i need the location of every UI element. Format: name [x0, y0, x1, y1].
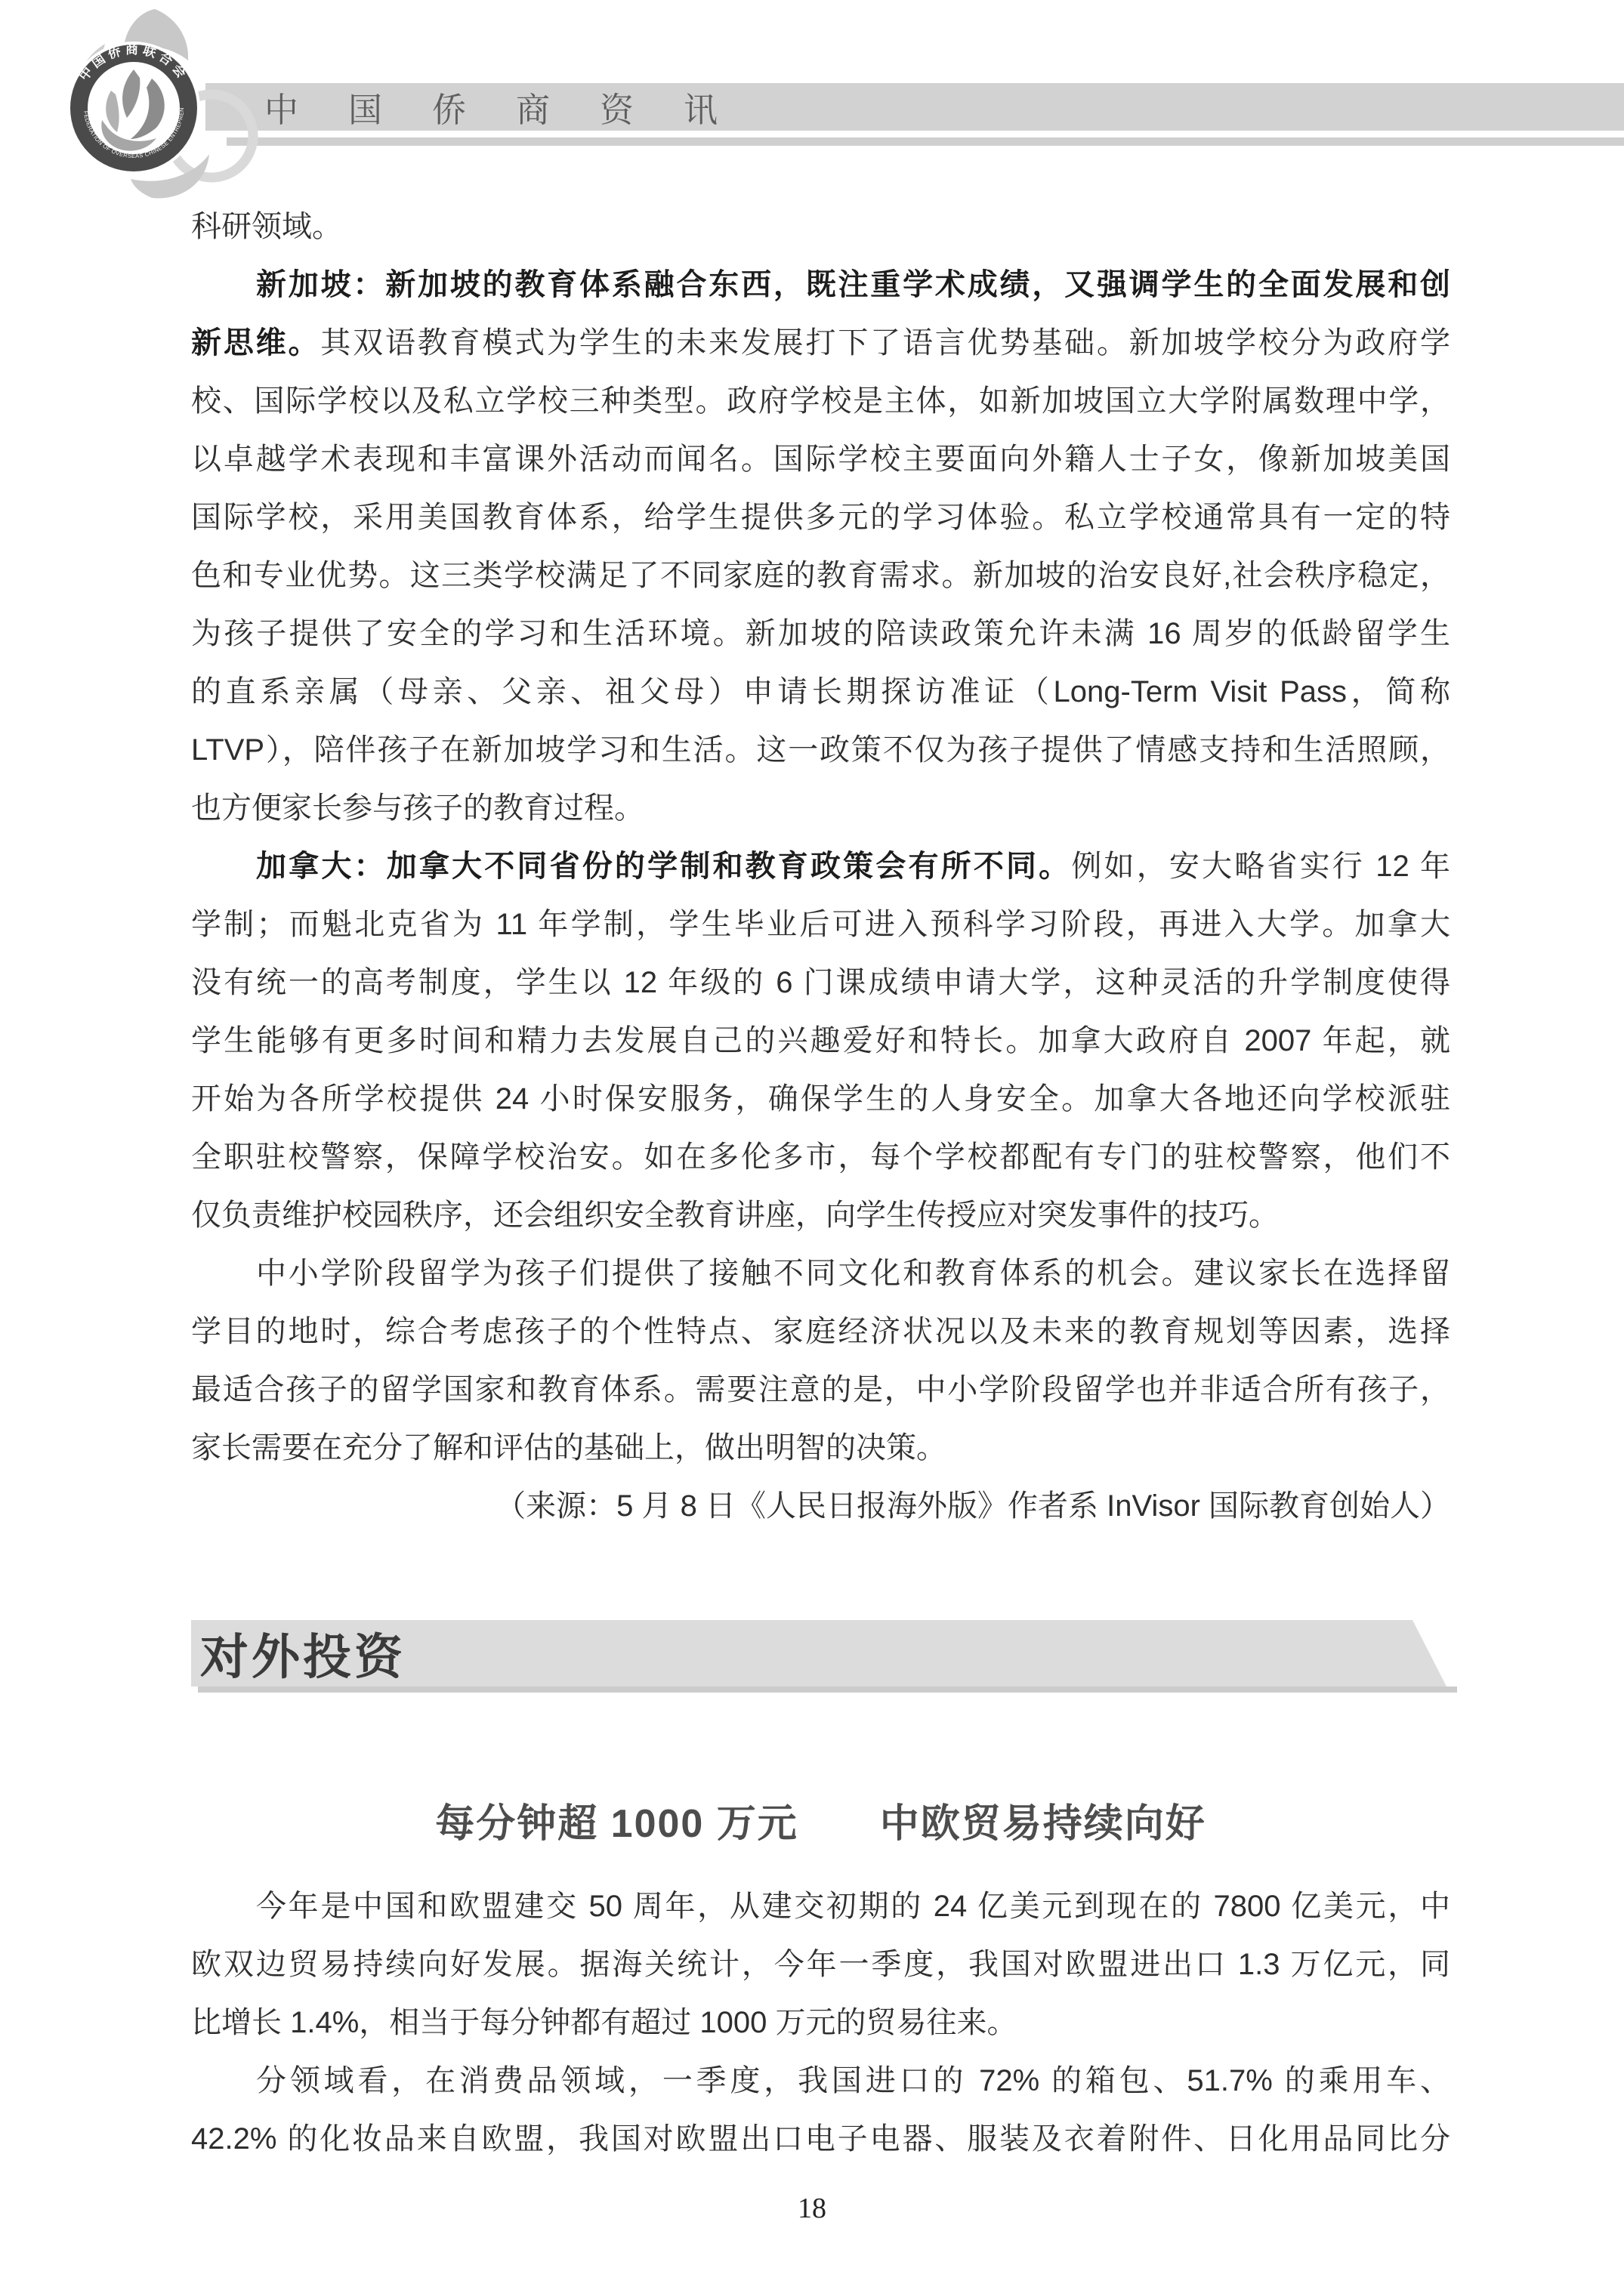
article1-body: 科研领域。新加坡：新加坡的教育体系融合东西，既注重学术成绩，又强调学生的全面发展… — [191, 198, 1450, 1535]
text-line: LTVP），陪伴孩子在新加坡学习和生活。这一政策不仅为孩子提供了情感支持和生活照… — [191, 721, 1450, 779]
text-line: 新思维。其双语教育模式为学生的未来发展打下了语言优势基础。新加坡学校分为政府学 — [191, 314, 1450, 372]
article2-title: 每分钟超 1000 万元 中欧贸易持续向好 — [191, 1792, 1450, 1848]
text-line: 今年是中国和欧盟建交 50 周年，从建交初期的 24 亿美元到现在的 7800 … — [191, 1878, 1450, 1936]
text-line: 加拿大：加拿大不同省份的学制和教育政策会有所不同。例如，安大略省实行 12 年 — [191, 838, 1450, 896]
text-line: 分领域看，在消费品领域，一季度，我国进口的 72% 的箱包、51.7% 的乘用车… — [191, 2052, 1450, 2110]
text-line: 国际学校，采用美国教育体系，给学生提供多元的学习体验。私立学校通常具有一定的特 — [191, 489, 1450, 547]
text-line: 比增长 1.4%，相当于每分钟都有超过 1000 万元的贸易往来。 — [191, 1994, 1450, 2052]
text-line: 欧双边贸易持续向好发展。据海关统计，今年一季度，我国对欧盟进出口 1.3 万亿元… — [191, 1936, 1450, 1994]
section-header-bar: 对外投资 — [191, 1620, 1446, 1687]
text-line: 以卓越学术表现和丰富课外活动而闻名。国际学校主要面向外籍人士子女，像新加坡美国 — [191, 431, 1450, 489]
text-line: 新加坡：新加坡的教育体系融合东西，既注重学术成绩，又强调学生的全面发展和创 — [191, 256, 1450, 314]
text-line: 全职驻校警察，保障学校治安。如在多伦多市，每个学校都配有专门的驻校警察，他们不 — [191, 1128, 1450, 1187]
header-banner-underline — [227, 137, 1624, 146]
text-line: 也方便家长参与孩子的教育过程。 — [191, 779, 1450, 838]
text-line: 42.2% 的化妆品来自欧盟，我国对欧盟出口电子电器、服装及衣着附件、日化用品同… — [191, 2110, 1450, 2168]
organization-logo: 中国侨商联合会 CHINA FEDERATION OF OVERSEAS CHI… — [26, 6, 261, 208]
text-line: 中小学阶段留学为孩子们提供了接触不同文化和教育体系的机会。建议家长在选择留 — [191, 1245, 1450, 1303]
page-number: 18 — [0, 2192, 1624, 2225]
text-line: 为孩子提供了安全的学习和生活环境。新加坡的陪读政策允许未满 16 周岁的低龄留学… — [191, 605, 1450, 663]
text-line: 没有统一的高考制度，学生以 12 年级的 6 门课成绩申请大学，这种灵活的升学制… — [191, 954, 1450, 1012]
page: 中国侨商资讯 中国侨商联合会 CHINA FEDERATION OF OVERS… — [0, 0, 1624, 2293]
text-line: 学目的地时，综合考虑孩子的个性特点、家庭经济状况以及未来的教育规划等因素，选择 — [191, 1303, 1450, 1361]
text-line: 最适合孩子的留学国家和教育体系。需要注意的是，中小学阶段留学也并非适合所有孩子， — [191, 1361, 1450, 1419]
text-line: （来源：5 月 8 日《人民日报海外版》作者系 InVisor 国际教育创始人） — [191, 1477, 1450, 1535]
text-line: 校、国际学校以及私立学校三种类型。政府学校是主体，如新加坡国立大学附属数理中学， — [191, 372, 1450, 431]
text-line: 科研领域。 — [191, 198, 1450, 256]
text-line: 仅负责维护校园秩序，还会组织安全教育讲座，向学生传授应对突发事件的技巧。 — [191, 1187, 1450, 1245]
text-line: 开始为各所学校提供 24 小时保安服务，确保学生的人身安全。加拿大各地还向学校派… — [191, 1070, 1450, 1128]
text-line: 色和专业优势。这三类学校满足了不同家庭的教育需求。新加坡的治安良好,社会秩序稳定… — [191, 547, 1450, 605]
section-title: 对外投资 — [191, 1619, 406, 1688]
text-line: 学制；而魁北克省为 11 年学制，学生毕业后可进入预科学习阶段，再进入大学。加拿… — [191, 896, 1450, 954]
section-header-shadow — [198, 1687, 1457, 1693]
newsletter-title: 中国侨商资讯 — [264, 83, 1624, 131]
text-line: 的直系亲属（母亲、父亲、祖父母）申请长期探访准证（Long-Term Visit… — [191, 663, 1450, 721]
article2-body: 今年是中国和欧盟建交 50 周年，从建交初期的 24 亿美元到现在的 7800 … — [191, 1878, 1450, 2168]
text-line: 学生能够有更多时间和精力去发展自己的兴趣爱好和特长。加拿大政府自 2007 年起… — [191, 1012, 1450, 1070]
text-line: 家长需要在充分了解和评估的基础上，做出明智的决策。 — [191, 1419, 1450, 1477]
